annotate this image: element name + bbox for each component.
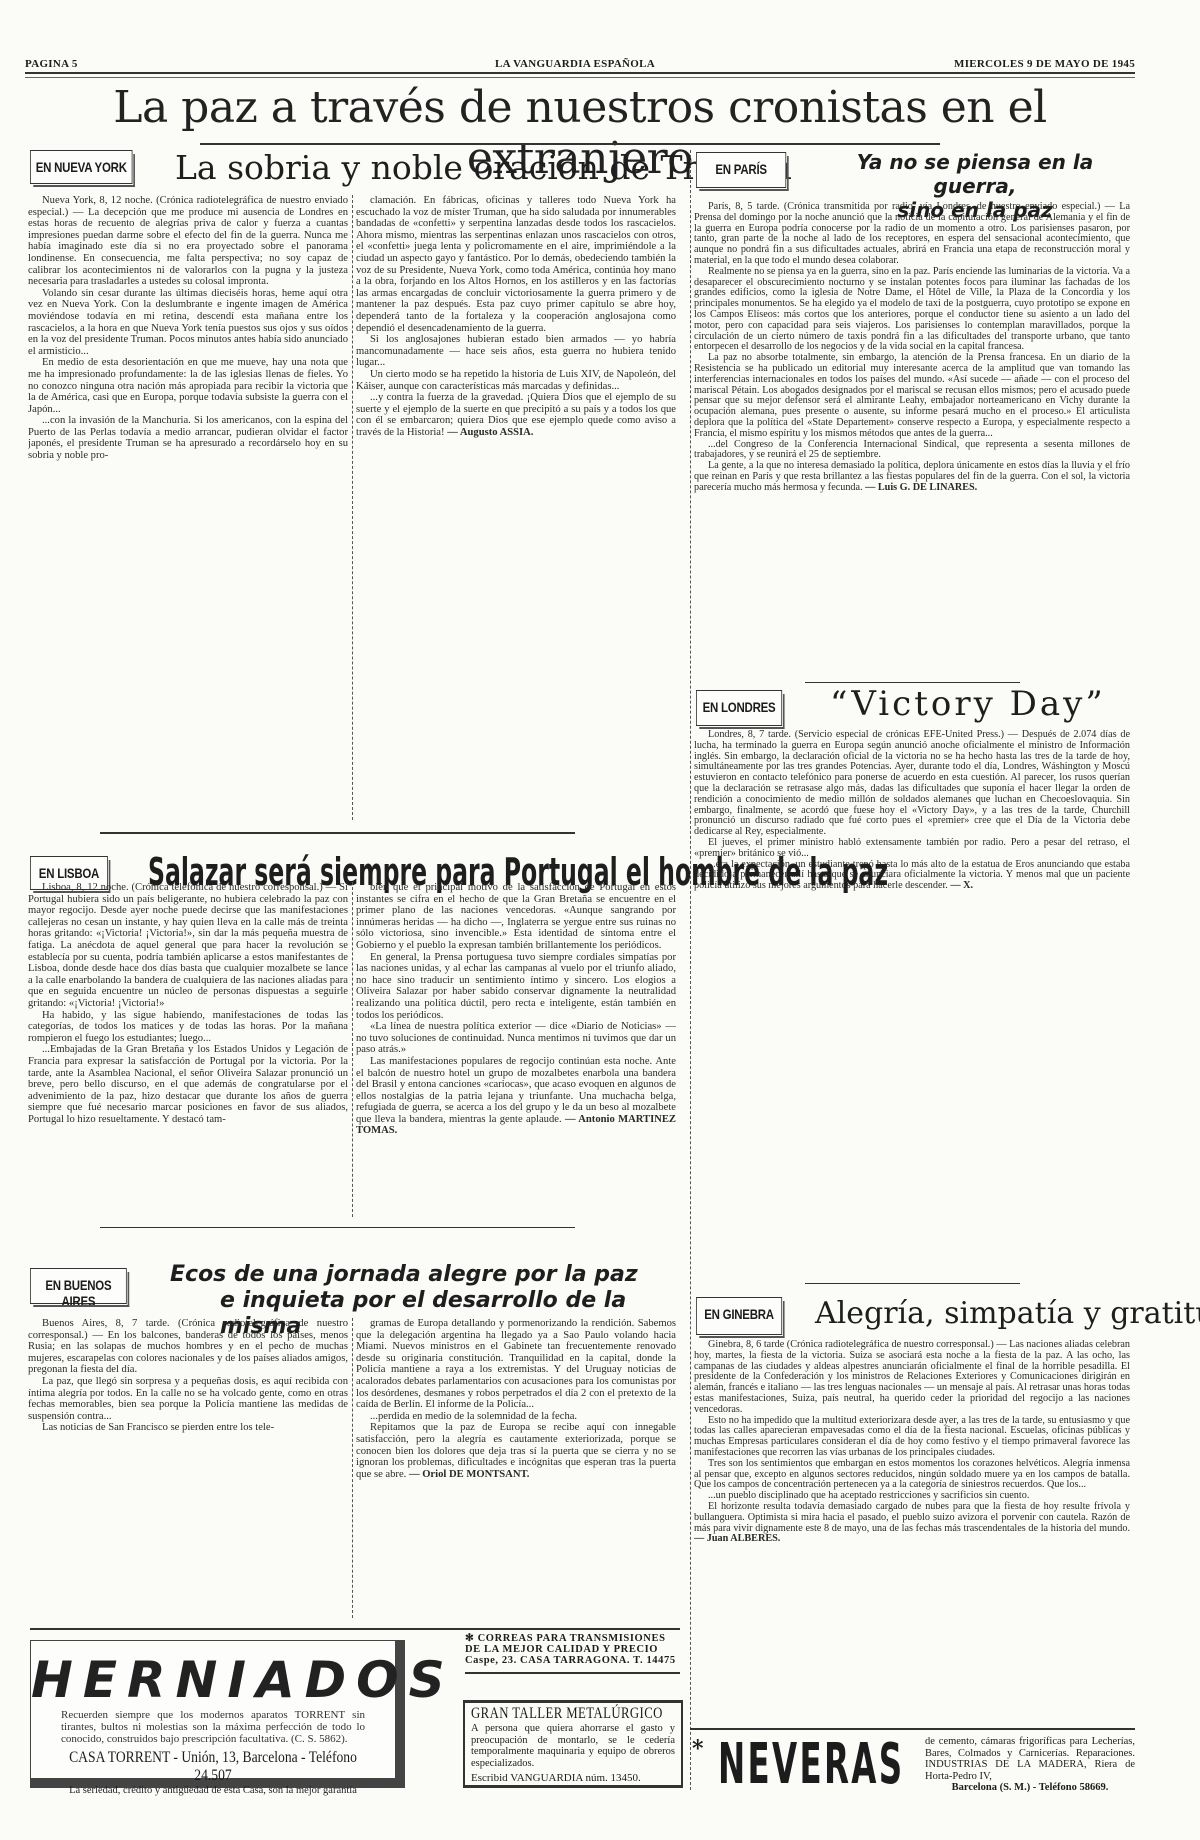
article-column-nueva-york-2: clamación. En fábricas, oficinas y talle… [356, 195, 676, 820]
byline: — Luis G. DE LINARES. [865, 482, 977, 493]
section-rule [100, 1227, 575, 1228]
ad-line: Caspe, 23. CASA TARRAGONA. T. 14475 [465, 1655, 680, 1666]
ad-correas: ✻ CORREAS PARA TRANSMISIONES DE LA MEJOR… [465, 1633, 680, 1683]
issue-date: MIERCOLES 9 DE MAYO DE 1945 [954, 58, 1135, 70]
article-column-lisboa-1: Lisboa, 8, 12 noche. (Crónica telefónica… [28, 882, 348, 1217]
ad-body: Recuerden siempre que los modernos apara… [31, 1709, 395, 1745]
byline: — Juan ALBERES. [694, 1533, 780, 1544]
ad-headline: HERNIADOS [31, 1651, 395, 1709]
byline: — Augusto ASSIA. [447, 427, 533, 438]
ad-body: de cemento, cámaras frigoríficas para Le… [925, 1736, 1135, 1794]
page-number: PAGINA 5 [25, 58, 78, 70]
ad-tagline: La seriedad, crédito y antigüedad de est… [31, 1785, 395, 1796]
city-label-londres: EN LONDRES [696, 690, 782, 726]
article-paris: París, 8, 5 tarde. (Crónica transmitida … [694, 202, 1130, 672]
section-rule [805, 1283, 1020, 1284]
city-label-nueva-york: EN NUEVA YORK [30, 150, 133, 184]
asterisk-icon: * [692, 1736, 704, 1762]
ad-neveras: * NEVERAS de cemento, cámaras frigorífic… [690, 1728, 1135, 1788]
newspaper-name: LA VANGUARDIA ESPAÑOLA [495, 58, 655, 70]
column-divider [352, 882, 353, 1217]
ad-headline: GRAN TALLER METALÚRGICO [471, 1705, 634, 1723]
masthead-rule [25, 72, 1135, 78]
article-ginebra: Ginebra, 8, 6 tarde (Crónica radiotelegr… [694, 1340, 1130, 1725]
city-label-ginebra: EN GINEBRA [696, 1297, 782, 1335]
byline: — X. [950, 880, 973, 891]
ad-address: CASA TORRENT - Unión, 13, Barcelona - Te… [58, 1749, 367, 1785]
ad-line: DE LA MEJOR CALIDAD Y PRECIO [465, 1644, 680, 1655]
article-column-buenos-aires-2: gramas de Europa detallando y pormenoriz… [356, 1318, 676, 1618]
article-column-buenos-aires-1: Buenos Aires, 8, 7 tarde. (Crónica radio… [28, 1318, 348, 1618]
headline-rule [200, 143, 940, 145]
byline: — Oriol DE MONTSANT. [409, 1469, 529, 1480]
section-rule [100, 832, 575, 834]
article-column-nueva-york-1: Nueva York, 8, 12 noche. (Crónica radiot… [28, 195, 348, 775]
section-title-ginebra: Alegría, simpatía y gratitud [815, 1296, 1200, 1331]
city-label-paris: EN PARÍS [696, 152, 786, 188]
section-title-londres: “Victory Day” [830, 684, 1106, 724]
section-rule [30, 1628, 680, 1630]
ad-contact: Escribid VANGUARDIA núm. 13450. [471, 1772, 675, 1784]
column-divider [352, 1318, 353, 1618]
column-divider [690, 150, 691, 1790]
ad-herniados: HERNIADOS Recuerden siempre que los mode… [30, 1640, 405, 1788]
article-column-lisboa-2: bién que el principal motivo de la satis… [356, 882, 676, 1217]
ad-rule [465, 1672, 680, 1674]
ad-body: A persona que quiera ahorrarse el gasto … [471, 1723, 675, 1769]
section-rule [805, 682, 1020, 683]
column-divider [352, 195, 353, 820]
ad-line: ✻ CORREAS PARA TRANSMISIONES [465, 1633, 680, 1644]
ad-headline: NEVERAS [718, 1732, 904, 1797]
city-label-buenos-aires: EN BUENOS AIRES [30, 1268, 127, 1304]
ad-gran-taller: GRAN TALLER METALÚRGICO A persona que qu… [463, 1700, 683, 1788]
article-londres: Londres, 8, 7 tarde. (Servicio especial … [694, 730, 1130, 1278]
